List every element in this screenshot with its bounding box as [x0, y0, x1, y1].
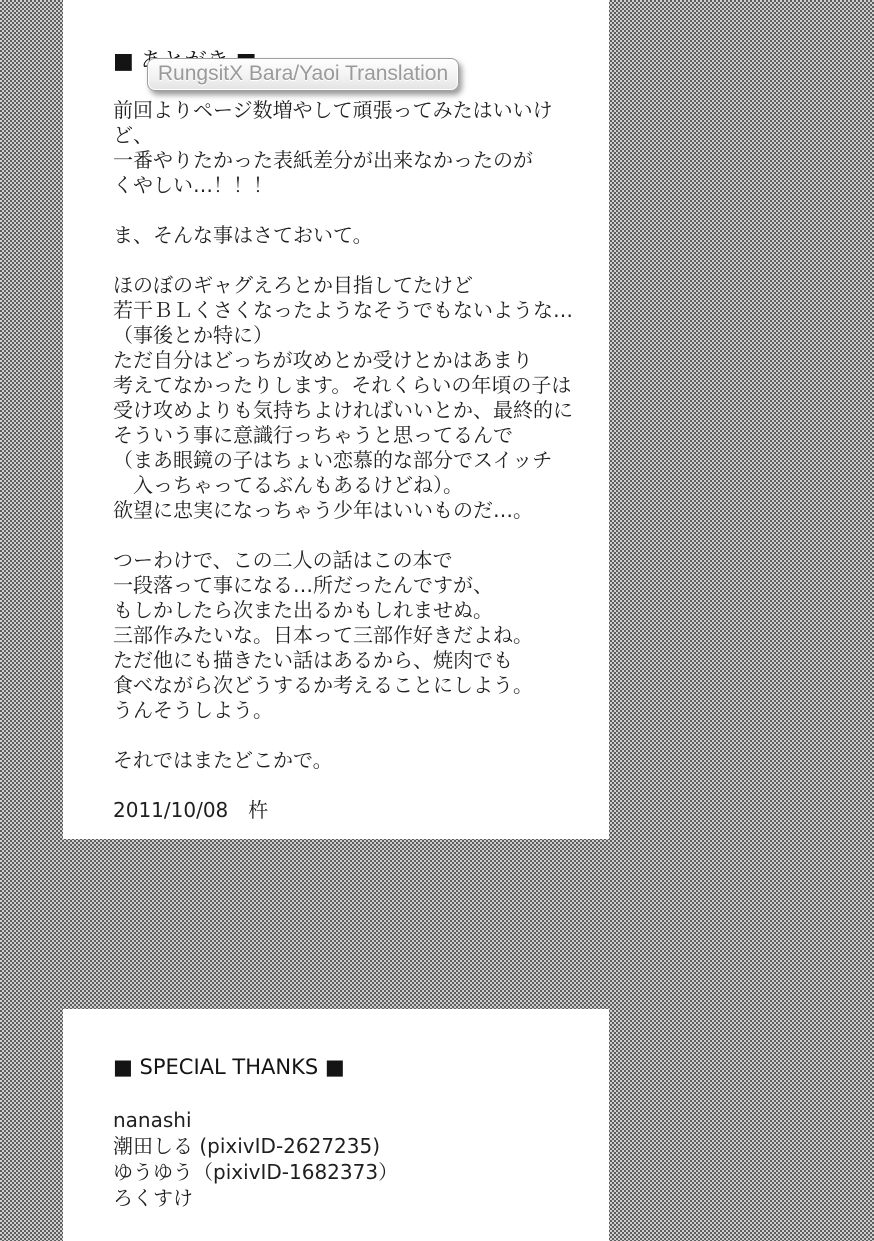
afterword-line: 欲望に忠実になっちゃう少年はいいものだ…。	[113, 498, 591, 523]
afterword-line: 食べながら次どうするか考えることにしよう。	[113, 673, 591, 698]
date-line: 2011/10/08 杵	[113, 798, 591, 823]
afterword-line: 若干ＢＬくさくなったようなそうでもないような…	[113, 298, 591, 323]
afterword-line: （まあ眼鏡の子はちょい恋慕的な部分でスイッチ	[113, 448, 591, 473]
afterword-line: ほのぼのギャグえろとか目指してたけど	[113, 273, 591, 298]
thanks-name: ゆうゆう（pixivID-1682373）	[113, 1159, 591, 1185]
translator-watermark: RungsitX Bara/Yaoi Translation	[147, 58, 459, 91]
afterword-line: 受け攻めよりも気持ちよければいいとか、最終的に	[113, 398, 591, 423]
afterword-line: もしかしたら次また出るかもしれませぬ。	[113, 598, 591, 623]
afterword-line: うんそうしよう。	[113, 698, 591, 723]
afterword-paragraph: それではまたどこかで。	[113, 748, 591, 773]
afterword-date: 2011/10/08 杵	[113, 798, 591, 823]
afterword-line: くやしい…！！！	[113, 173, 591, 198]
special-thanks-title: ■ SPECIAL THANKS ■	[113, 1055, 591, 1079]
thanks-name: ろくすけ	[113, 1185, 591, 1211]
afterword-line: 考えてなかったりします。それくらいの年頃の子は	[113, 373, 591, 398]
afterword-line: （事後とか特に）	[113, 323, 591, 348]
afterword-body: 前回よりページ数増やして頑張ってみたはいいけど、 一番やりたかった表紙差分が出来…	[113, 98, 591, 823]
special-thanks-list: nanashi 潮田しる (pixivID-2627235) ゆうゆう（pixi…	[113, 1107, 591, 1211]
afterword-line: つーわけで、この二人の話はこの本で	[113, 548, 591, 573]
afterword-paragraph: ほのぼのギャグえろとか目指してたけど 若干ＢＬくさくなったようなそうでもないよう…	[113, 273, 591, 523]
afterword-line: 一番やりたかった表紙差分が出来なかったのが	[113, 148, 591, 173]
afterword-paragraph: つーわけで、この二人の話はこの本で 一段落って事になる…所だったんですが、 もし…	[113, 548, 591, 723]
afterword-paragraph: 前回よりページ数増やして頑張ってみたはいいけど、 一番やりたかった表紙差分が出来…	[113, 98, 591, 198]
afterword-line: ま、そんな事はさておいて。	[113, 223, 591, 248]
afterword-line: 入っちゃってるぶんもあるけどね）。	[113, 473, 591, 498]
afterword-line: それではまたどこかで。	[113, 748, 591, 773]
afterword-line: 前回よりページ数増やして頑張ってみたはいいけど、	[113, 98, 591, 148]
afterword-line: 一段落って事になる…所だったんですが、	[113, 573, 591, 598]
special-thanks-page: ■ SPECIAL THANKS ■ nanashi 潮田しる (pixivID…	[63, 1009, 609, 1241]
afterword-page: ■ あとがき ■ 前回よりページ数増やして頑張ってみたはいいけど、 一番やりたか…	[63, 0, 609, 839]
afterword-line: 三部作みたいな。日本って三部作好きだよね。	[113, 623, 591, 648]
afterword-line: ただ自分はどっちが攻めとか受けとかはあまり	[113, 348, 591, 373]
afterword-paragraph: ま、そんな事はさておいて。	[113, 223, 591, 248]
afterword-line: ただ他にも描きたい話はあるから、焼肉でも	[113, 648, 591, 673]
afterword-line: そういう事に意識行っちゃうと思ってるんで	[113, 423, 591, 448]
thanks-name: 潮田しる (pixivID-2627235)	[113, 1133, 591, 1159]
thanks-name: nanashi	[113, 1107, 591, 1133]
